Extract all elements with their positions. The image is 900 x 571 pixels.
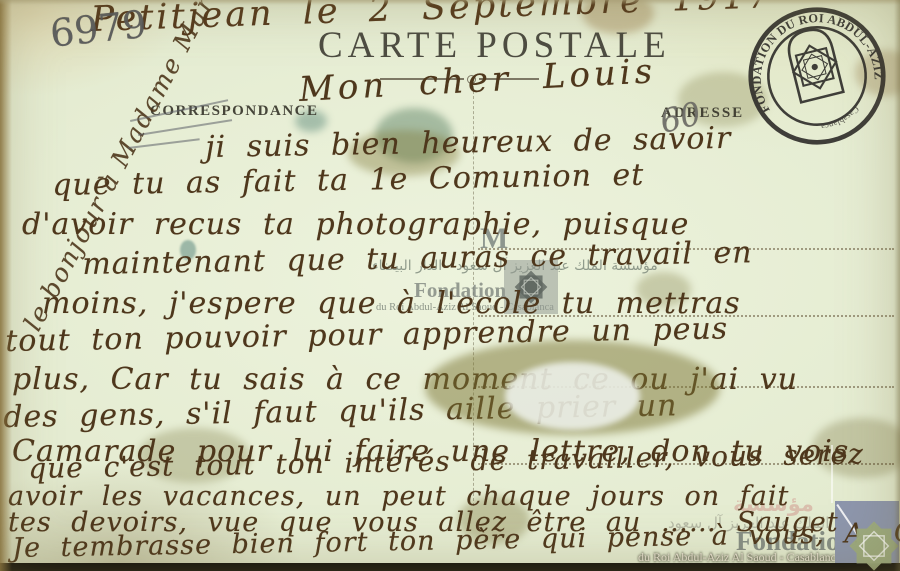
stain-highlight: [505, 362, 640, 430]
letter-line: d'avoir recus ta photographie, puisque: [22, 207, 689, 242]
stamp-arch-emblem-icon: [784, 25, 843, 102]
catalog-number: 6979: [48, 2, 149, 56]
postcard-scan: CARTE POSTALE CORRESPONDANCE ADRESSE M م…: [0, 0, 900, 571]
letter-line: que tu as fait ta 1e Comunion et: [52, 158, 645, 203]
foundation-rubber-stamp: FONDATION DU ROI ABDUL-AZIZ AL SAOUD Cas…: [710, 0, 900, 183]
letter-line: ji suis bien heureux de savoir: [205, 121, 732, 165]
watermark-star-icon: [845, 517, 900, 571]
